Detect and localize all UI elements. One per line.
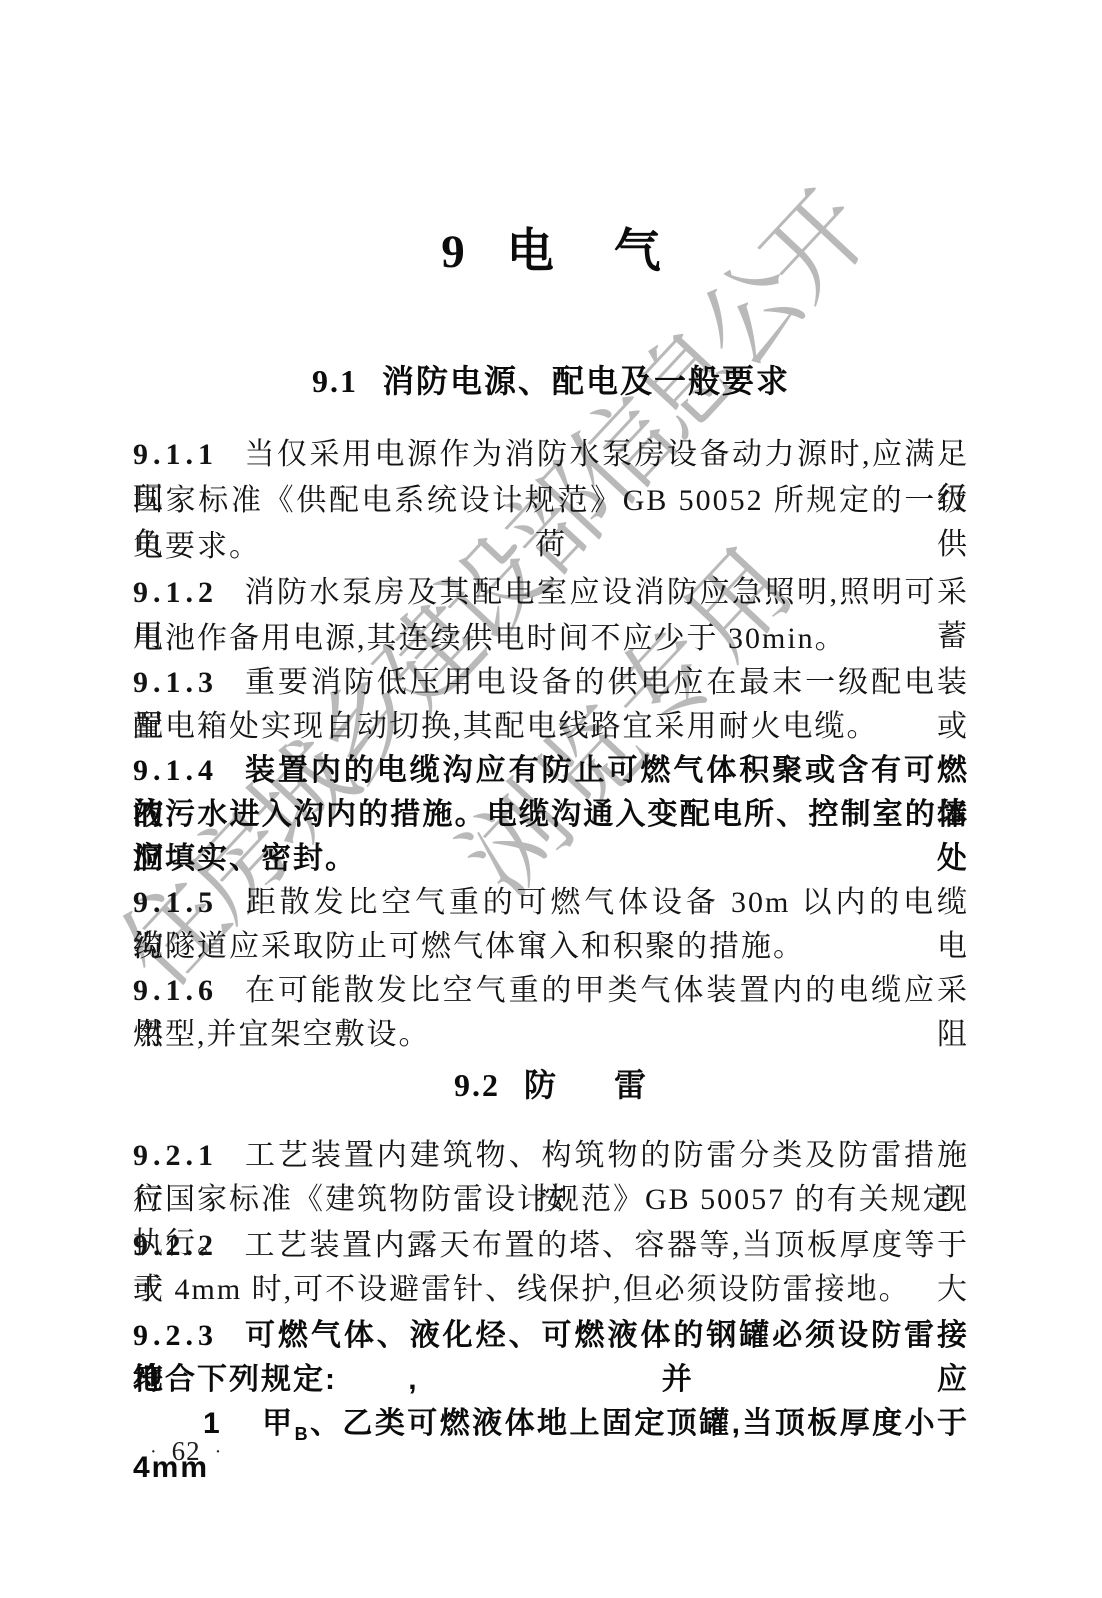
section-9-1-title: 消防电源、配电及一般要求 [382,363,790,399]
section-heading-9-2: 9.2防雷 [133,1060,969,1106]
section-9-1-number: 9.1 [312,363,358,399]
paragraph-9-1-5-line-2: 缆隧道应采取防止可燃气体窜入和积聚的措施。 [133,925,969,969]
section-9-2-word2: 雷 [614,1067,648,1103]
paragraph-number: 9.1.4 [133,754,218,787]
paragraph-number: 9.2.2 [133,1229,218,1262]
paragraph-9-1-6-line-2: 燃型,并宜架空敷设。 [133,1013,969,1057]
paragraph-number: 9.1.2 [133,576,218,609]
paragraph-9-1-2-line-2: 电池作备用电源,其连续供电时间不应少于 30min。 [133,617,969,661]
clause-1-line: 1甲B、乙类可燃液体地上固定顶罐,当顶板厚度小于 4mm [133,1402,969,1490]
page-footer: ·62· [150,1436,222,1467]
paragraph-9-1-4-line-3: 应填实、密封。 [133,837,969,881]
clause-subscript: B [295,1424,310,1444]
section-9-2-word1: 防 [524,1067,558,1103]
paragraph-9-1-1-line-3: 电要求。 [133,525,969,569]
clause-text-after-subscript: 、乙类可燃液体地上固定顶罐,当顶板厚度小于 4mm [133,1407,969,1484]
paragraph-9-2-3-line-2: 符合下列规定: [133,1358,969,1402]
chapter-title-word1: 电 [507,226,554,278]
paragraph-9-1-3-line-2: 配电箱处实现自动切换,其配电线路宜采用耐火电缆。 [133,705,969,749]
paragraph-number: 9.1.1 [133,438,218,471]
page-number: 62 [172,1436,201,1466]
paragraph-number: 9.1.3 [133,666,218,699]
chapter-title: 9电气 [133,214,969,281]
footer-left-dot: · [150,1441,158,1463]
paragraph-number: 9.1.5 [133,886,218,919]
clause-text-before-subscript: 甲 [262,1407,295,1440]
paragraph-9-2-2-line-2: 于 4mm 时,可不设避雷针、线保护,但必须设防雷接地。 [133,1268,969,1312]
chapter-title-word2: 气 [614,226,661,278]
paragraph-number: 9.2.1 [133,1139,218,1172]
section-heading-9-1: 9.1消防电源、配电及一般要求 [133,356,969,402]
clause-text: 甲B、乙类可燃液体地上固定顶罐,当顶板厚度小于 4mm [133,1407,969,1484]
paragraph-number: 9.1.6 [133,974,218,1007]
section-9-2-number: 9.2 [454,1067,500,1103]
paragraph-number: 9.2.3 [133,1319,218,1352]
document-page: 9电气 9.1消防电源、配电及一般要求 9.1.1当仅采用电源作为消防水泵房设备… [0,0,1102,1598]
footer-right-dot: · [215,1441,223,1463]
chapter-number: 9 [441,226,465,278]
